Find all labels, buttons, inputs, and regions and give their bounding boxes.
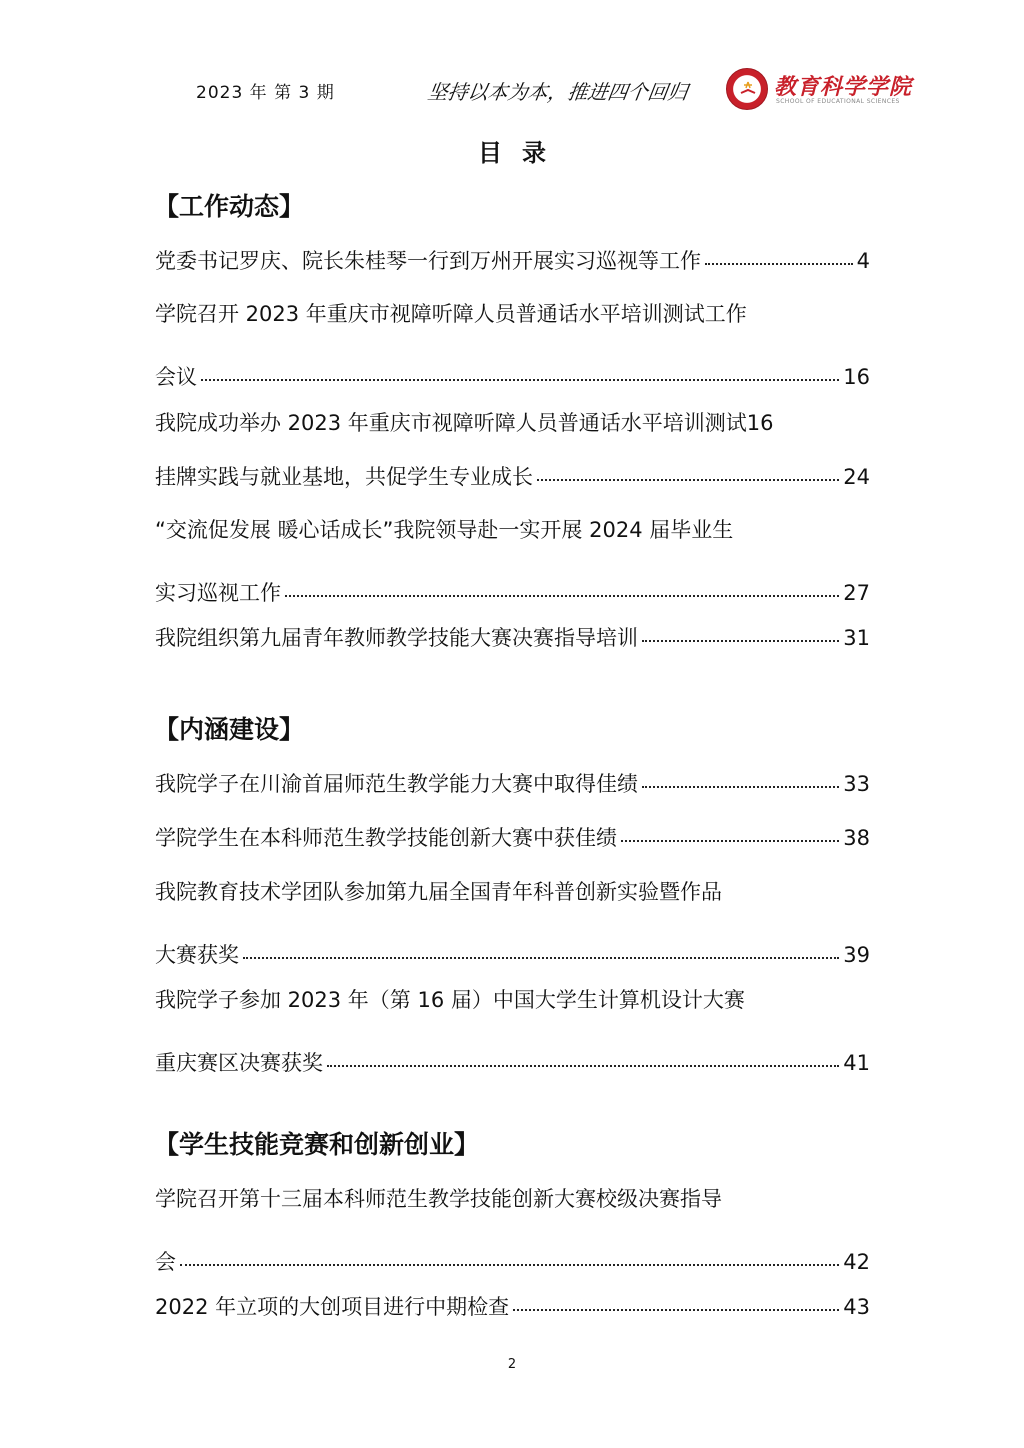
entry-page: 39 (843, 943, 870, 967)
entry-title: 我院成功举办 2023 年重庆市视障听障人员普通话水平培训测试 (155, 407, 747, 437)
entry-page: 16 (843, 365, 870, 389)
dot-leader (201, 379, 839, 381)
entry-title: 党委书记罗庆、院长朱桂琴一行到万州开展实习巡视等工作 (155, 245, 701, 275)
entry-page: 33 (843, 772, 870, 796)
toc-entry[interactable]: 学院召开 2023 年重庆市视障听障人员普通话水平培训测试工作 会议16 (155, 298, 870, 391)
entry-title-cont: 大赛获奖 (155, 939, 239, 969)
toc-entry[interactable]: 党委书记罗庆、院长朱桂琴一行到万州开展实习巡视等工作4 (155, 245, 870, 275)
entry-title: 学院召开第十三届本科师范生教学技能创新大赛校级决赛指导 (155, 1183, 870, 1213)
entry-title: 我院学子参加 2023 年（第 16 届）中国大学生计算机设计大赛 (155, 984, 870, 1014)
toc-entry[interactable]: 我院学子在川渝首届师范生教学能力大赛中取得佳绩33 (155, 768, 870, 798)
entry-title: 挂牌实践与就业基地，共促学生专业成长 (155, 461, 533, 491)
dot-leader (642, 640, 839, 642)
entry-page: 38 (843, 826, 870, 850)
dot-leader (642, 786, 839, 788)
dot-leader (327, 1065, 839, 1067)
entry-title: 我院学子在川渝首届师范生教学能力大赛中取得佳绩 (155, 768, 638, 798)
dot-leader (180, 1264, 839, 1266)
section-heading-work-news: 【工作动态】 (154, 187, 304, 223)
dot-leader (285, 595, 839, 597)
toc-title: 目录 (0, 133, 1024, 168)
toc-entry[interactable]: “交流促发展 暖心话成长”我院领导赴一实开展 2024 届毕业生 实习巡视工作2… (155, 514, 870, 607)
entry-page: 24 (843, 465, 870, 489)
entry-title-cont: 会 (155, 1246, 176, 1276)
entry-title: 2022 年立项的大创项目进行中期检查 (155, 1291, 509, 1321)
dot-leader (621, 840, 839, 842)
entry-page: 31 (843, 626, 870, 650)
motto-text: 坚持以本为本，推进四个回归 (426, 76, 690, 105)
school-logo: 教育科学学院 SCHOOL OF EDUCATIONAL SCIENCES (726, 68, 902, 112)
entry-title: 学院学生在本科师范生教学技能创新大赛中获佳绩 (155, 822, 617, 852)
entry-title-cont: 会议 (155, 361, 197, 391)
entry-title-cont: 重庆赛区决赛获奖 (155, 1047, 323, 1077)
toc-entry[interactable]: 我院教育技术学团队参加第九届全国青年科普创新实验暨作品 大赛获奖39 (155, 876, 870, 969)
toc-entry[interactable]: 我院学子参加 2023 年（第 16 届）中国大学生计算机设计大赛 重庆赛区决赛… (155, 984, 870, 1077)
entry-title: 我院组织第九届青年教师教学技能大赛决赛指导培训 (155, 622, 638, 652)
page-number: 2 (0, 1357, 1024, 1372)
entry-title: 我院教育技术学团队参加第九届全国青年科普创新实验暨作品 (155, 876, 870, 906)
entry-page: 41 (843, 1051, 870, 1075)
emblem-icon (726, 68, 768, 110)
toc-entry[interactable]: 学院学生在本科师范生教学技能创新大赛中获佳绩38 (155, 822, 870, 852)
dot-leader (243, 957, 839, 959)
logo-name-cn: 教育科学学院 (774, 70, 912, 101)
issue-label: 2023 年 第 3 期 (196, 78, 335, 103)
page-header: 2023 年 第 3 期 坚持以本为本，推进四个回归 教育科学学院 SCHOOL… (0, 68, 1024, 112)
toc-entry[interactable]: 学院召开第十三届本科师范生教学技能创新大赛校级决赛指导 会42 (155, 1183, 870, 1276)
toc-entry[interactable]: 挂牌实践与就业基地，共促学生专业成长24 (155, 461, 870, 491)
dot-leader (705, 263, 853, 265)
entry-title: 学院召开 2023 年重庆市视障听障人员普通话水平培训测试工作 (155, 298, 870, 328)
dot-leader (537, 479, 839, 481)
entry-page: 4 (857, 249, 870, 273)
entry-page: 42 (843, 1250, 870, 1274)
entry-page: 16 (747, 411, 774, 435)
entry-title: “交流促发展 暖心话成长”我院领导赴一实开展 2024 届毕业生 (155, 514, 870, 544)
entry-title-cont: 实习巡视工作 (155, 577, 281, 607)
logo-name-en: SCHOOL OF EDUCATIONAL SCIENCES (776, 98, 900, 105)
toc-entry[interactable]: 我院成功举办 2023 年重庆市视障听障人员普通话水平培训测试16 (155, 407, 870, 437)
section-heading-student-competitions: 【学生技能竞赛和创新创业】 (154, 1125, 479, 1161)
entry-page: 43 (843, 1295, 870, 1319)
toc-entry[interactable]: 2022 年立项的大创项目进行中期检查43 (155, 1291, 870, 1321)
entry-page: 27 (843, 581, 870, 605)
section-heading-connotation: 【内涵建设】 (154, 710, 304, 746)
dot-leader (513, 1309, 839, 1311)
toc-entry[interactable]: 我院组织第九届青年教师教学技能大赛决赛指导培训31 (155, 622, 870, 652)
